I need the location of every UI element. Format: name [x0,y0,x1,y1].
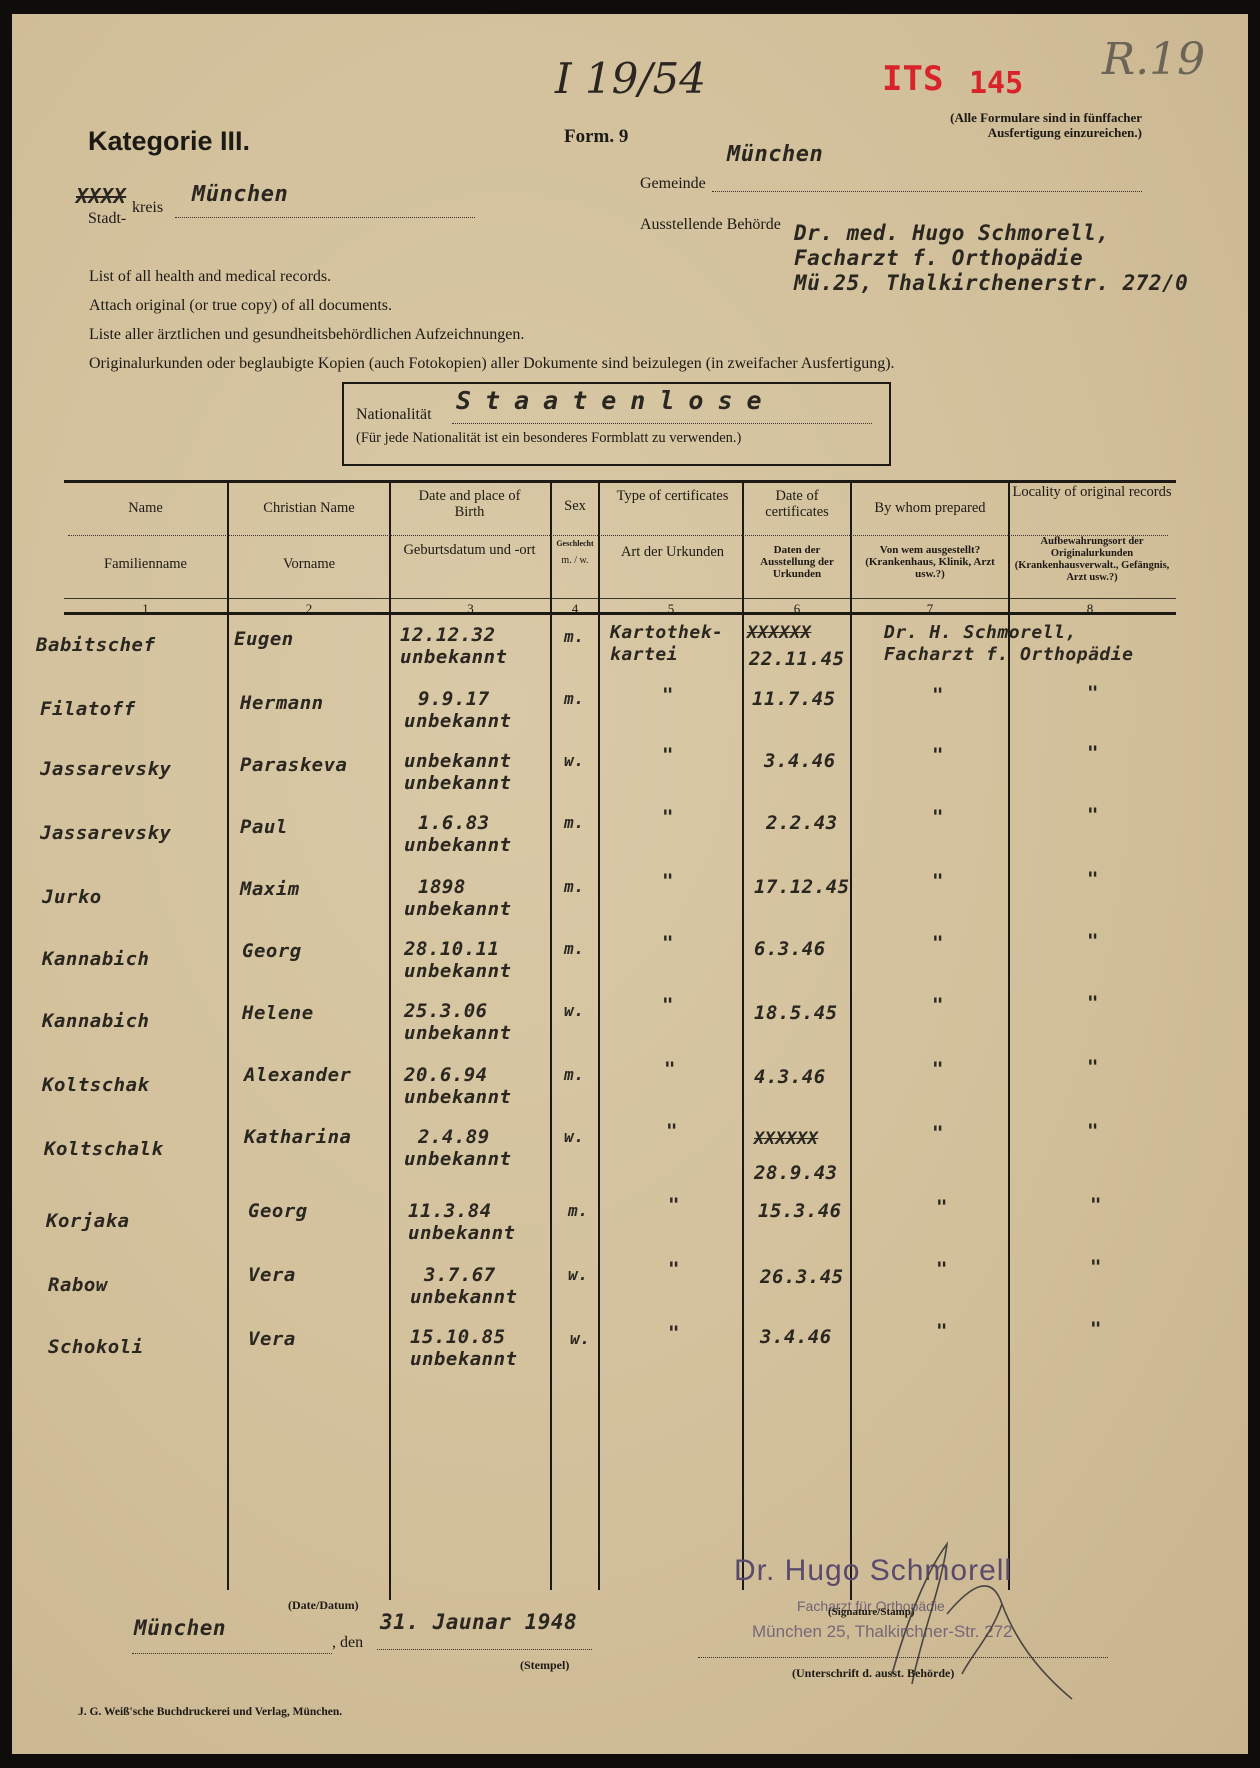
row4-birth: 1.6.83unbekannt [404,812,511,856]
col2-header-de: Vorname [229,556,389,572]
row10-sex: m. [568,1200,588,1222]
row5-locality: " [1087,868,1099,890]
col4-header-de: Geschlecht [552,538,598,550]
column-divider-6 [850,480,852,1600]
row7-sex: w. [564,1000,584,1022]
instruction-1: List of all health and medical records. [89,262,895,291]
col8-header-en: Locality of original records [1012,484,1172,500]
file-reference: I 19/54 [555,54,706,103]
row9-birth-place: unbekannt [404,1148,511,1170]
col6-number: 6 [744,601,850,617]
category-title: Kategorie III. [88,126,250,157]
row7-cert-date: 18.5.45 [754,1002,838,1024]
row1-first-name: Eugen [234,628,294,650]
row3-sex: w. [564,750,584,772]
row8-cert-date: 4.3.46 [754,1066,826,1088]
row1-name: Babitschef [36,634,155,656]
col2-number: 2 [229,601,389,617]
row2-birth: 9.9.17unbekannt [404,688,511,732]
row5-prepared-by: " [932,870,944,892]
row9-birth-date: 2.4.89 [404,1126,511,1148]
col7-header-en: By whom prepared [854,500,1006,516]
row8-name: Koltschak [42,1074,149,1096]
row6-first-name: Georg [242,940,302,962]
row6-locality: " [1087,930,1099,952]
stempel-label: (Stempel) [520,1658,569,1673]
row8-sex: m. [564,1064,584,1086]
column-divider-3 [550,480,552,1590]
row9-cert-date-struck: XXXXXX [754,1128,818,1150]
district-value: München [192,182,288,207]
row1-birth-place: unbekannt [400,646,507,668]
row5-sex: m. [564,876,584,898]
instructions: List of all health and medical records. … [89,262,895,378]
margin-note: R.19 [1102,34,1205,85]
submission-note: (Alle Formulare sind in fünffacher Ausfe… [772,110,1142,140]
row9-type: " [666,1120,678,1142]
row6-cert-date: 6.3.46 [754,938,826,960]
row6-name: Kannabich [42,948,149,970]
col2-header-en: Christian Name [229,500,389,516]
row4-birth-date: 1.6.83 [404,812,511,834]
row1-prepared-by: Dr. H. Schmorell, Facharzt f. Orthopädie [884,622,1174,666]
row10-type: " [668,1194,680,1216]
printer-credit: J. G. Weiß'sche Buchdruckerei und Verlag… [78,1706,342,1718]
row4-sex: m. [564,812,584,834]
col1-header-de: Familienname [64,556,227,572]
submission-note-line2: Ausfertigung einzureichen.) [772,125,1142,140]
instruction-4: Originalurkunden oder beglaubigte Kopien… [89,349,895,378]
row4-birth-place: unbekannt [404,834,511,856]
date-field-line [377,1648,592,1650]
row10-name: Korjaka [46,1210,130,1232]
row12-name: Schokoli [48,1336,144,1358]
column-divider-4 [598,480,600,1590]
row11-locality: " [1090,1256,1102,1278]
row12-locality: " [1090,1318,1102,1340]
row7-birth-place: unbekannt [404,1022,511,1044]
row4-first-name: Paul [240,816,288,838]
row10-prepared-by: " [936,1196,948,1218]
issuing-authority-label: Ausstellende Behörde [640,216,781,234]
col7-number: 7 [852,601,1008,617]
instruction-2: Attach original (or true copy) of all do… [89,291,895,320]
row12-birth-date: 15.10.85 [410,1326,517,1348]
date-label: (Date/Datum) [288,1598,359,1613]
district-prefix-struck: XXXX [76,184,126,208]
signature-label: (Unterschrift d. ausst. Behörde) [792,1666,954,1681]
row11-birth-place: unbekannt [410,1286,517,1308]
row8-birth-place: unbekannt [404,1086,511,1108]
district-label-stadt: Stadt- [88,210,126,228]
row10-first-name: Georg [248,1200,308,1222]
row10-cert-date: 15.3.46 [758,1200,842,1222]
its-stamp-number: 145 [969,66,1023,101]
nationality-note: (Für jede Nationalität ist ein besondere… [356,430,741,447]
col5-header-en: Type of certificates [610,488,735,504]
col7-header-de: Von wem ausgestellt? (Krankenhaus, Klini… [854,544,1006,580]
row3-first-name: Paraskeva [240,754,347,776]
row3-type: " [662,744,674,766]
its-stamp-label: ITS [882,59,943,99]
row1-sex: m. [564,626,584,648]
row6-prepared-by: " [932,932,944,954]
form-document: I 19/54 ITS 145 R.19 Kategorie III. Form… [12,14,1248,1754]
header-en-de-separator [68,534,1168,536]
row9-birth: 2.4.89unbekannt [404,1126,511,1170]
footer-date: 31. Jaunar 1948 [380,1610,577,1634]
row2-first-name: Hermann [240,692,324,714]
district-field-line [175,216,475,218]
col4-header-mw: m. / w. [552,554,598,567]
col8-header-de: Aufbewahrungsort der Originalurkunden (K… [1012,536,1172,584]
row12-prepared-by: " [936,1320,948,1342]
nationality-field-line [452,422,872,424]
row12-first-name: Vera [248,1328,296,1350]
row12-type: " [668,1322,680,1344]
col3-header-en: Date and place of Birth [402,488,537,520]
instruction-3: Liste aller ärztlichen und gesundheitsbe… [89,320,895,349]
row6-type: " [662,932,674,954]
row3-birth: unbekanntunbekannt [404,750,511,794]
row7-first-name: Helene [242,1002,314,1024]
row11-type: " [668,1258,680,1280]
row3-birth-date: unbekannt [404,750,511,772]
row10-locality: " [1090,1194,1102,1216]
row3-locality: " [1087,742,1099,764]
row6-birth-date: 28.10.11 [404,938,511,960]
row10-birth: 11.3.84unbekannt [408,1200,515,1244]
row2-locality: " [1087,682,1099,704]
col5-header-de: Art der Urkunden [610,544,735,560]
row4-name: Jassarevsky [40,822,171,844]
row12-birth-place: unbekannt [410,1348,517,1370]
row11-birth: 3.7.67unbekannt [410,1264,517,1308]
row5-type: " [662,870,674,892]
row2-name: Filatoff [40,698,136,720]
row1-birth: 12.12.32unbekannt [400,624,507,668]
nationality-box: Nationalität Staatenlose (Für jede Natio… [342,382,891,466]
authority-line1: Dr. med. Hugo Schmorell, [794,221,1188,246]
row5-birth-place: unbekannt [404,898,511,920]
row7-prepared-by: " [932,994,944,1016]
den-label: , den [332,1634,363,1652]
row1-type: Kartothek-kartei [610,622,760,666]
row8-birth-date: 20.6.94 [404,1064,511,1086]
row5-birth-date: 1898 [404,876,511,898]
row11-prepared-by: " [936,1258,948,1280]
row8-locality: " [1087,1056,1099,1078]
row1-cert-date-struck: XXXXXX [747,622,811,644]
municipality-field-line [712,190,1142,192]
col3-header-de: Geburtsdatum und -ort [402,542,537,558]
col5-number: 5 [600,601,742,617]
col6-header-de: Daten der Ausstellung der Urkunden [749,544,845,580]
row9-first-name: Katharina [244,1126,351,1148]
signature-field-line [698,1656,1108,1658]
col4-number: 4 [552,601,598,617]
row8-first-name: Alexander [244,1064,351,1086]
row5-name: Jurko [42,886,102,908]
row9-sex: w. [564,1126,584,1148]
row6-sex: m. [564,938,584,960]
row6-birth-place: unbekannt [404,960,511,982]
row11-first-name: Vera [248,1264,296,1286]
row4-cert-date: 2.2.43 [766,812,838,834]
row5-first-name: Maxim [240,878,300,900]
row10-birth-place: unbekannt [408,1222,515,1244]
row2-prepared-by: " [932,684,944,706]
col1-header-en: Name [64,500,227,516]
row3-prepared-by: " [932,744,944,766]
row8-type: " [664,1058,676,1080]
row2-cert-date: 11.7.45 [752,688,836,710]
row9-prepared-by: " [932,1122,944,1144]
row3-birth-place: unbekannt [404,772,511,794]
row4-prepared-by: " [932,806,944,828]
row7-name: Kannabich [42,1010,149,1032]
row8-prepared-by: " [932,1058,944,1080]
row7-birth: 25.3.06unbekannt [404,1000,511,1044]
row12-birth: 15.10.85unbekannt [410,1326,517,1370]
column-divider-2 [389,480,391,1600]
row4-locality: " [1087,804,1099,826]
form-number: Form. 9 [564,126,628,148]
municipality-label: Gemeinde [640,175,706,193]
row6-birth: 28.10.11unbekannt [404,938,511,982]
row1-birth-date: 12.12.32 [400,624,507,646]
row8-birth: 20.6.94unbekannt [404,1064,511,1108]
row5-cert-date: 17.12.45 [754,876,850,898]
row11-sex: w. [568,1264,588,1286]
nationality-label: Nationalität [356,406,432,424]
row5-birth: 1898unbekannt [404,876,511,920]
row11-birth-date: 3.7.67 [410,1264,517,1286]
row12-sex: w. [570,1328,590,1350]
row9-name: Koltschalk [44,1138,163,1160]
col3-number: 3 [391,601,550,617]
row2-birth-date: 9.9.17 [404,688,511,710]
row4-type: " [662,806,674,828]
row9-cert-date: 28.9.43 [754,1162,838,1184]
row1-cert-date: 22.11.45 [749,648,845,670]
row7-birth-date: 25.3.06 [404,1000,511,1022]
row2-type: " [662,684,674,706]
row7-type: " [662,994,674,1016]
column-divider-1 [227,480,229,1590]
row12-cert-date: 3.4.46 [760,1326,832,1348]
footer-place: München [134,1616,226,1640]
col4-header-en: Sex [552,498,598,514]
district-label-kreis: kreis [132,199,163,217]
row9-locality: " [1087,1120,1099,1142]
nationality-value: Staatenlose [456,386,776,415]
row3-cert-date: 3.4.46 [764,750,836,772]
col1-number: 1 [64,601,227,617]
row11-name: Rabow [48,1274,108,1296]
submission-note-line1: (Alle Formulare sind in fünffacher [772,110,1142,125]
col6-header-en: Date of certificates [749,488,845,520]
row11-cert-date: 26.3.45 [760,1266,844,1288]
row10-birth-date: 11.3.84 [408,1200,515,1222]
municipality-value: München [727,142,823,167]
place-field-line [132,1652,332,1654]
row2-birth-place: unbekannt [404,710,511,732]
col8-number: 8 [1010,601,1170,617]
row3-name: Jassarevsky [40,758,171,780]
row7-locality: " [1087,992,1099,1014]
row2-sex: m. [564,688,584,710]
